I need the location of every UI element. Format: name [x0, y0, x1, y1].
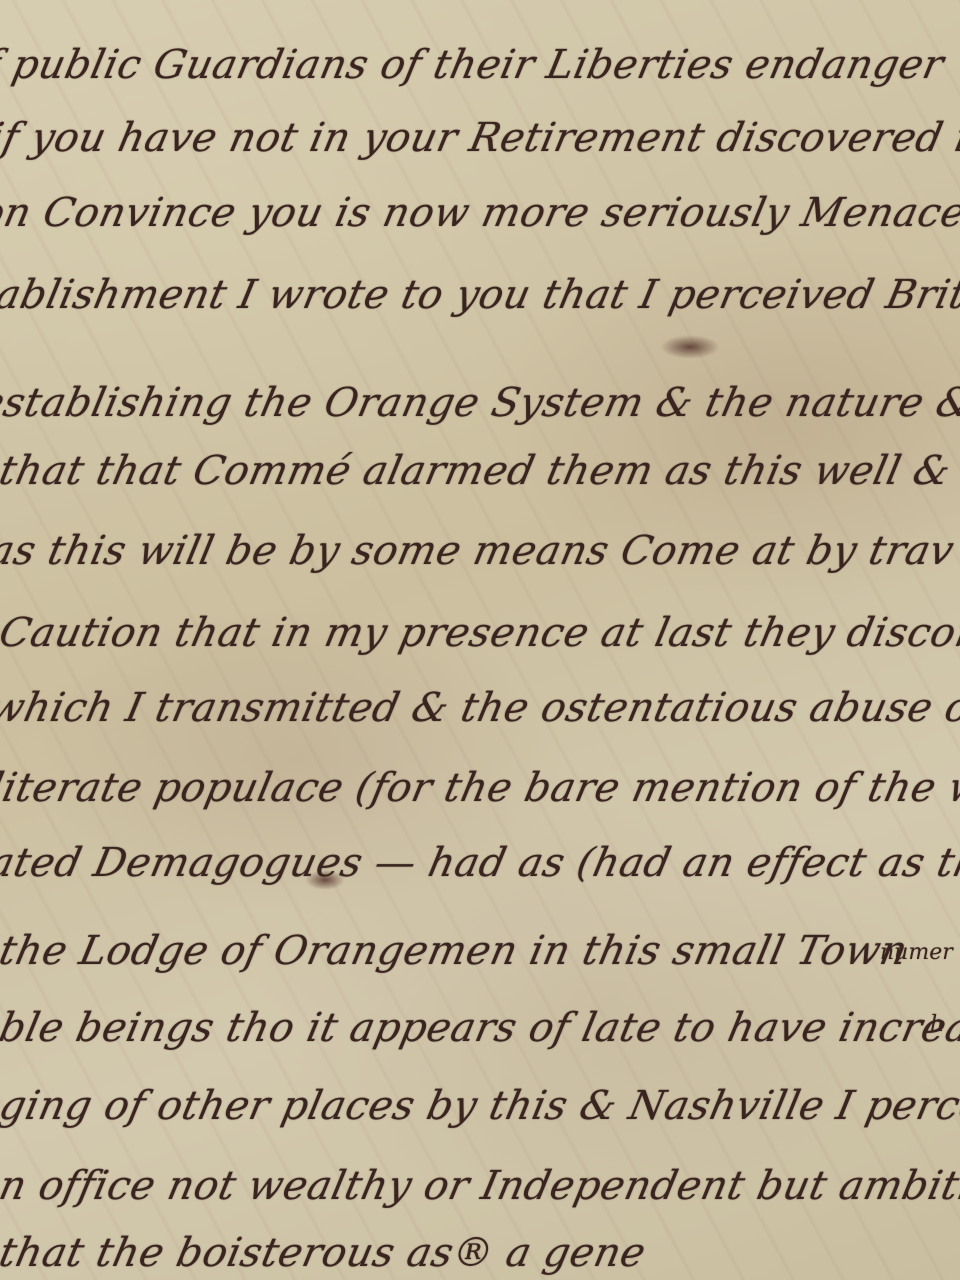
manuscript-line-9: which I transmitted & the ostentatious a… — [0, 685, 960, 731]
manuscript-line-2: if you have not in your Retirement disco… — [0, 115, 960, 161]
manuscript-line-4: tablishment I wrote to you that I percei… — [0, 272, 960, 318]
manuscript-line-13: ble beings tho it appears of late to hav… — [0, 1005, 960, 1051]
manuscript-line-8: Caution that in my presence at last they… — [0, 610, 960, 656]
ink-blot — [660, 335, 720, 359]
interlinear-note: numer — [880, 940, 953, 965]
manuscript-line-5: establishing the Orange System & the nat… — [0, 380, 960, 426]
interlinear-note: h — [930, 1012, 944, 1037]
manuscript-line-16: that the boisterous as® a gene — [0, 1230, 650, 1276]
manuscript-line-14: ging of other places by this & Nashville… — [0, 1083, 960, 1129]
manuscript-line-6: that that Commé alarmed them as this wel… — [0, 448, 960, 494]
manuscript-line-15: n office not wealthy or Independent but … — [0, 1163, 960, 1209]
manuscript-line-1: of public Guardians of their Liberties e… — [0, 42, 948, 88]
manuscript-line-7: as this will be by some means Come at by… — [0, 528, 958, 574]
manuscript-line-12: the Lodge of Orangemen in this small Tow… — [0, 928, 912, 974]
manuscript-line-10: literate populace (for the bare mention … — [0, 765, 960, 811]
manuscript-line-11: ated Demagogues — had as (had an effect … — [0, 840, 960, 886]
manuscript-line-3: on Convince you is now more seriously Me… — [0, 190, 960, 236]
